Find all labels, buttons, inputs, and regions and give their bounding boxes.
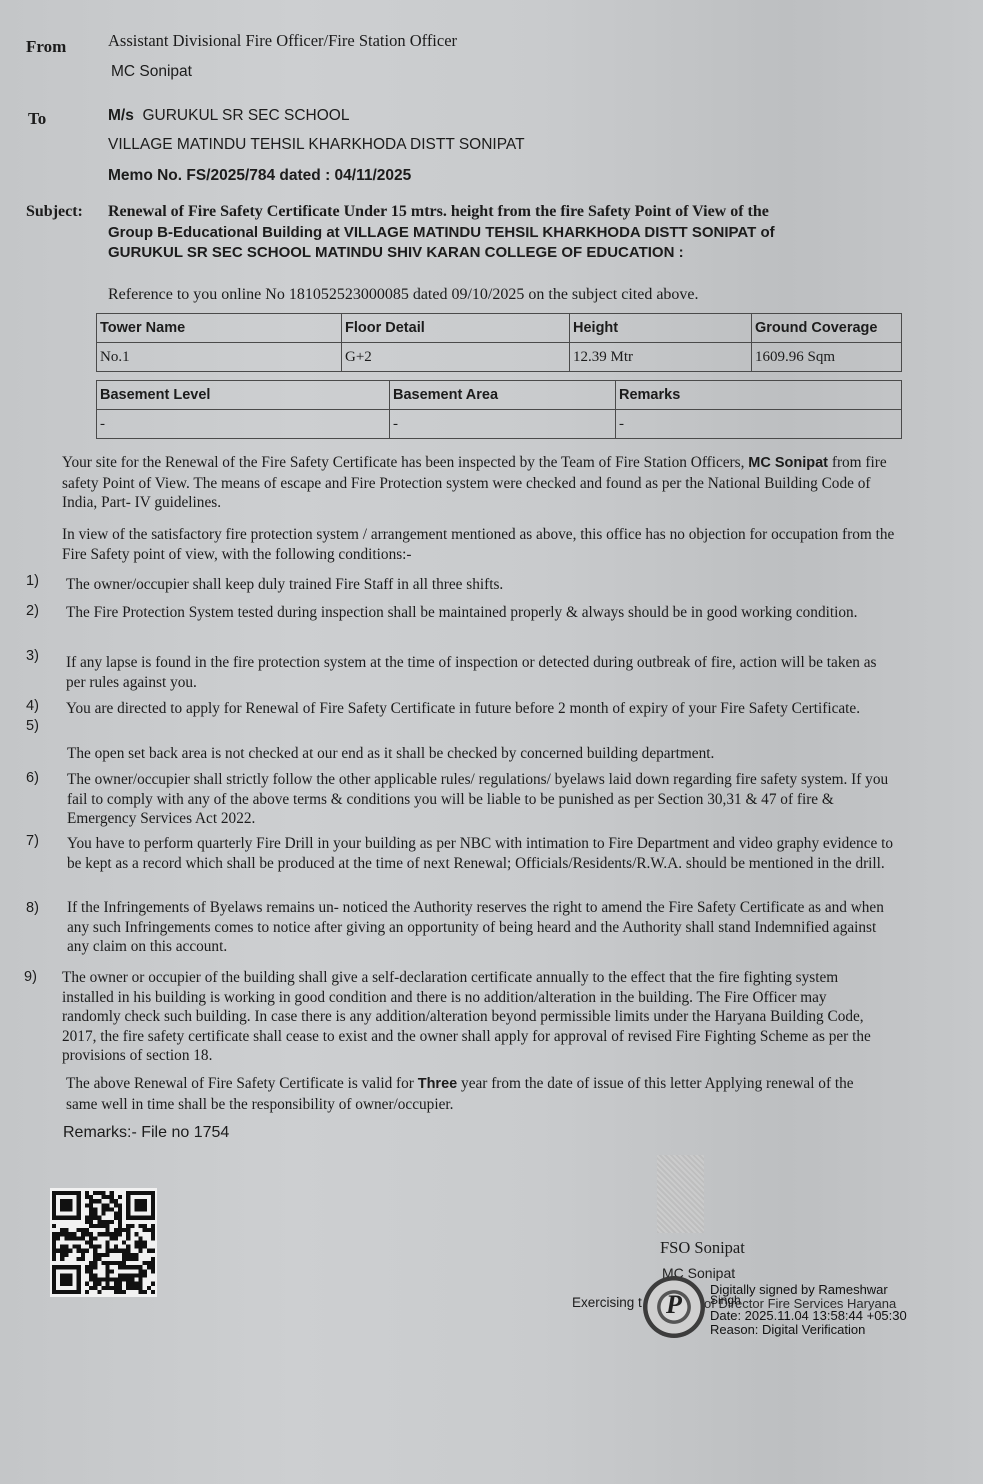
cell-basement-level: - <box>97 410 390 439</box>
qr-code <box>50 1188 157 1297</box>
condition-number: 6) <box>26 770 39 786</box>
condition-2: The Fire Protection System tested during… <box>66 603 896 623</box>
condition-6: The owner/occupier shall strictly follow… <box>67 770 889 829</box>
subject-label: Subject: <box>26 203 83 221</box>
cell-height: 12.39 Mtr <box>570 343 752 372</box>
header-floor-detail: Floor Detail <box>342 314 570 343</box>
condition-9: The owner or occupier of the building sh… <box>62 968 884 1066</box>
cell-ground-coverage: 1609.96 Sqm <box>752 343 902 372</box>
condition-number: 4) <box>26 698 39 714</box>
basement-details-table: Basement Level Basement Area Remarks - -… <box>96 380 902 439</box>
reference-line: Reference to you online No 1810525230000… <box>108 286 699 304</box>
inspection-paragraph: Your site for the Renewal of the Fire Sa… <box>62 453 897 513</box>
header-basement-area: Basement Area <box>390 381 616 410</box>
digital-signature-seal-icon: P <box>643 1276 705 1338</box>
seal-letter: P <box>643 1290 705 1320</box>
condition-3: If any lapse is found in the fire protec… <box>66 653 896 692</box>
inspection-text-pre: Your site for the Renewal of the Fire Sa… <box>62 454 744 471</box>
subject-line-1: Renewal of Fire Safety Certificate Under… <box>108 202 908 223</box>
signature-image <box>657 1155 704 1233</box>
condition-number: 7) <box>26 833 39 849</box>
exercising-powers-text: Exercising t <box>572 1295 642 1310</box>
header-ground-coverage: Ground Coverage <box>752 314 902 343</box>
recipient-prefix: M/s <box>108 107 134 124</box>
header-height: Height <box>570 314 752 343</box>
from-label: From <box>26 37 66 57</box>
table-header-row: Tower Name Floor Detail Height Ground Co… <box>97 314 902 343</box>
validity-text-pre: The above Renewal of Fire Safety Certifi… <box>66 1075 414 1092</box>
cell-floor-detail: G+2 <box>342 343 570 372</box>
condition-7: You have to perform quarterly Fire Drill… <box>67 834 895 873</box>
from-line-1: Assistant Divisional Fire Officer/Fire S… <box>108 31 457 51</box>
header-tower-name: Tower Name <box>97 314 342 343</box>
validity-period: Three <box>418 1076 458 1092</box>
recipient-name: M/s GURUKUL SR SEC SCHOOL <box>108 107 349 125</box>
header-basement-level: Basement Level <box>97 381 390 410</box>
memo-number: Memo No. FS/2025/784 dated : 04/11/2025 <box>108 167 411 185</box>
no-objection-paragraph: In view of the satisfactory fire protect… <box>62 525 897 564</box>
condition-1: The owner/occupier shall keep duly train… <box>66 575 896 595</box>
building-details-table: Tower Name Floor Detail Height Ground Co… <box>96 313 902 372</box>
condition-number: 9) <box>24 969 37 985</box>
recipient-school: GURUKUL SR SEC SCHOOL <box>142 107 349 124</box>
condition-number: 5) <box>26 718 39 734</box>
recipient-address: VILLAGE MATINDU TEHSIL KHARKHODA DISTT S… <box>108 136 525 154</box>
to-label: To <box>28 109 46 129</box>
validity-paragraph: The above Renewal of Fire Safety Certifi… <box>66 1074 882 1114</box>
condition-number: 2) <box>26 603 39 619</box>
digital-signature-date: Date: 2025.11.04 13:58:44 +05:30 <box>710 1308 907 1323</box>
digital-signature-reason: Reason: Digital Verification <box>710 1322 865 1337</box>
condition-8: If the Infringements of Byelaws remains … <box>67 898 895 957</box>
table-row: No.1 G+2 12.39 Mtr 1609.96 Sqm <box>97 343 902 372</box>
cell-remarks: - <box>616 410 902 439</box>
condition-5: The open set back area is not checked at… <box>67 744 897 764</box>
condition-number: 1) <box>26 573 39 589</box>
table-header-row: Basement Level Basement Area Remarks <box>97 381 902 410</box>
inspection-office: MC Sonipat <box>748 455 828 471</box>
table-row: - - - <box>97 410 902 439</box>
digital-signer-surname: Singh <box>710 1293 741 1308</box>
condition-number: 3) <box>26 648 39 664</box>
header-remarks: Remarks <box>616 381 902 410</box>
subject-line-2: Group B-Educational Building at VILLAGE … <box>108 223 908 244</box>
subject-line-3: GURUKUL SR SEC SCHOOL MATINDU SHIV KARAN… <box>108 243 908 264</box>
subject-text: Renewal of Fire Safety Certificate Under… <box>108 202 908 264</box>
from-line-2: MC Sonipat <box>111 63 192 81</box>
signatory-designation: FSO Sonipat <box>660 1238 745 1258</box>
condition-number: 8) <box>26 900 39 916</box>
cell-tower-name: No.1 <box>97 343 342 372</box>
cell-basement-area: - <box>390 410 616 439</box>
remarks-file-number: Remarks:- File no 1754 <box>63 1124 229 1142</box>
condition-4: You are directed to apply for Renewal of… <box>66 699 886 719</box>
